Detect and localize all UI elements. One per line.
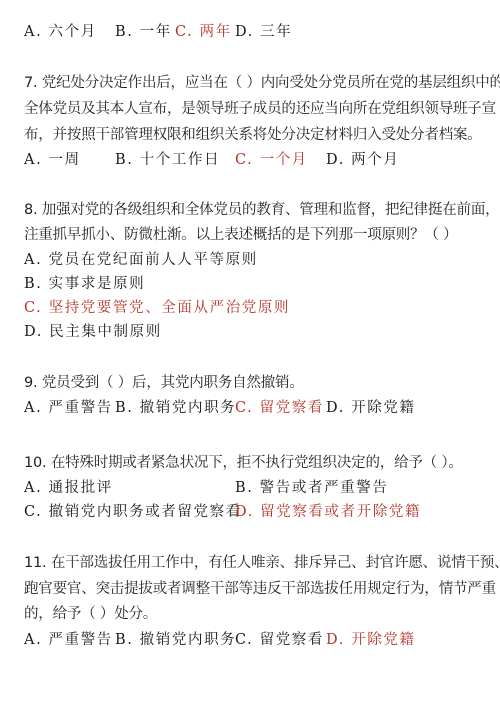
option-b: B. 撤销党内职务	[115, 630, 236, 650]
option-d: D. 两个月	[326, 150, 399, 170]
question-8-option-d: D. 民主集中制原则	[24, 322, 162, 342]
option-b: B. 警告或者严重警告	[235, 478, 388, 498]
question-10-stem: 10. 在特殊时期或者紧急状况下，拒不执行党组织决定的，给予（ ）。	[24, 453, 463, 473]
option-a: A. 严重警告	[24, 630, 113, 650]
option-c: C. 留党察看	[235, 630, 324, 650]
question-8-stem-line-2: 注重抓早抓小、防微杜渐。以上表述概括的是下列那一项原则？（ ）	[24, 225, 457, 245]
option-d-correct: D. 开除党籍	[326, 630, 416, 650]
option-a: A. 一周	[24, 150, 81, 170]
question-7-stem-line-3: 布，并按照干部管理权限和组织关系将处分决定材料归入受处分者档案。	[24, 125, 482, 145]
option-a: A. 严重警告	[24, 398, 113, 418]
option-c-correct: C. 一个月	[235, 150, 308, 170]
option-c: C. 撤销党内职务或者留党察看	[24, 502, 242, 522]
option-b: B. 撤销党内职务	[115, 398, 236, 418]
question-8-stem-line-1: 8. 加强对党的各级组织和全体党员的教育、管理和监督，把纪律挺在前面，	[24, 200, 499, 220]
question-11-stem-line-2: 跑官要官、突击提拔或者调整干部等违反干部选拔任用规定行为，情节严重	[24, 579, 496, 599]
option-a: A. 六个月	[24, 22, 97, 42]
option-c-correct: C. 留党察看	[235, 398, 324, 418]
option-a: A. 通报批评	[24, 478, 113, 498]
question-8-option-c-correct: C. 坚持党要管党、全面从严治党原则	[24, 298, 290, 318]
option-d: D. 开除党籍	[326, 398, 416, 418]
question-7-stem-line-2: 全体党员及其本人宣布，是领导班子成员的还应当向所在党组织领导班子宣	[24, 99, 496, 119]
question-8-option-a: A. 党员在党纪面前人人平等原则	[24, 250, 258, 270]
question-11-stem-line-3: 的，给予（ ）处分。	[24, 604, 157, 624]
question-11-stem-line-1: 11. 在干部选拔任用工作中，有任人唯亲、排斥异己、封官许愿、说情干预、	[24, 553, 500, 573]
option-b: B. 十个工作日	[115, 150, 220, 170]
option-c-correct: C. 两年	[175, 22, 232, 42]
option-b: B. 一年	[115, 22, 172, 42]
question-8-option-b: B. 实事求是原则	[24, 274, 145, 294]
question-7-stem-line-1: 7. 党纪处分决定作出后，应当在（ ）内向受处分党员所在党的基层组织中的	[24, 73, 500, 93]
option-d: D. 三年	[235, 22, 292, 42]
option-d-correct: D. 留党察看或者开除党籍	[235, 502, 421, 522]
question-9-stem: 9. 党员受到（ ）后，其党内职务自然撤销。	[24, 373, 304, 393]
